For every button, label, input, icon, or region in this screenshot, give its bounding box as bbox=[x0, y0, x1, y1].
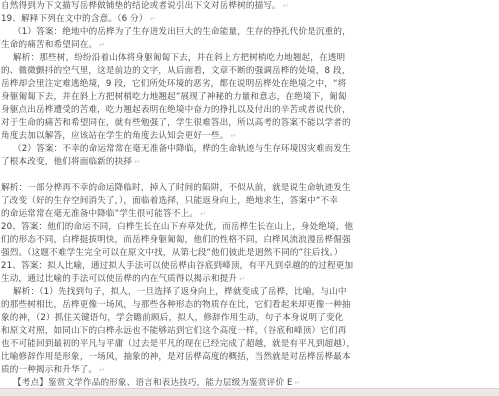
text-line: 的命运常常在毫无准备中降临”学生很可能答不上。↵ bbox=[1, 208, 206, 221]
text-line: 身躯匍匐下去，并在斜上方把树梢吃力地翘起”展现了神秘的力量和意志，在绝境下，匍匐 bbox=[1, 91, 347, 104]
question-19-heading: 19、解释下列在文中的含意。（6 分）↵ bbox=[1, 13, 156, 26]
answer-21: 21、答案：拟人比喻，通过拟人手法可以使岳桦由谷底到峰顶，有平凡到卓越的的过程更… bbox=[1, 260, 353, 273]
answer-19-1: （1）答案：绝地中的岳桦为了生存迸发出巨大的生命能量，生存的挣扎代价是沉重的， bbox=[13, 26, 351, 39]
paragraph-mark-icon: ↵ bbox=[99, 41, 105, 49]
answer-20: 20、答案：他们的命运不同，白桦生长在山下弃草处优，而岳桦生长在山上，身处绝境，… bbox=[1, 221, 353, 234]
paragraph-mark-icon: ↵ bbox=[134, 158, 140, 166]
text-line: 比喻修辞作用是形象，一场风，抽象的神，是对岳桦高度的概括，当然就是对岳桦岳桦最本 bbox=[1, 351, 351, 364]
paragraph-mark-icon: ↵ bbox=[230, 132, 236, 140]
analysis-19-2: 解析：一部分桦再不幸的命运降临时，掉入了时间的陷阱，不似从前，就是说生命轨迹发生 bbox=[1, 182, 351, 195]
analysis-21: 解析：（1）先找到句子，拟人，一旦选择了返身向上，桦就变成了岳桦，比喻，与山中 bbox=[13, 286, 347, 299]
text-line: 象的神，（2）抓住关键语句，学会瞻前顾后，拟人，修辞作用生动，句子本身说明了变化 bbox=[1, 312, 343, 325]
text-line: 生动，通过比喻的手法可以使岳桦的内在气质得以揭示和提升↵ bbox=[1, 273, 245, 286]
text-line: 和原文对照，如同山下的白桦永远也不能够站到它们这个高度一样，（谷底和峰顶）它们再 bbox=[1, 325, 346, 338]
text-line: 对于生命的痛苦和希望同在，就有些勉强了，学生很难答出，所以高考的答案不能以学者的 bbox=[1, 117, 351, 130]
text-line: 身躯点出岳桦遭受的苦难，吃力翘起表明在绝境中奋力的挣扎以及付出的辛苦或者说代价， bbox=[1, 104, 351, 117]
window-bottom-edge bbox=[0, 388, 499, 396]
text-line: 了根本改变，他们将面临新的抉择↵ bbox=[1, 156, 140, 169]
text-line: 自然得到为下文描写岳桦做铺垫的结论或者说引出下文对岳桦树的描写。↵ bbox=[1, 0, 289, 13]
paragraph-mark-icon: ↵ bbox=[239, 275, 245, 283]
text-line: 角度去加以解答，应该站在学生的角度去认知会更好一些。↵ bbox=[1, 130, 236, 143]
paragraph-mark-icon: ↵ bbox=[283, 2, 289, 10]
paragraph-mark-icon: ↵ bbox=[150, 15, 156, 23]
document-page: 自然得到为下文描写岳桦做铺垫的结论或者说引出下文对岳桦树的描写。↵ 19、解释下… bbox=[0, 0, 499, 388]
paragraph-mark-icon: ↵ bbox=[295, 379, 301, 387]
text-line: 也不可能回到最初的平凡与平庸（过去是平凡的现在已经完成了超越，就是有平凡到超越）… bbox=[1, 338, 355, 351]
text-line: 们的形态不同，白桦挺拔明快，而岳桦身躯匍匐，他们的性格不同，白桦风流浪漫岳桦倔强 bbox=[1, 234, 351, 247]
text-line: 岳桦却会里注定难逃绝境，9 段，它们所处环境的恶劣，都在说明岳桦处在绝境之中，“… bbox=[1, 78, 346, 91]
text-line: 质的一种揭示和升华了。↵ bbox=[1, 364, 105, 377]
text-line: 强烈。（这题不难学生完全可以在原文中找，从第七段“他们彼此是迥然不同的”往后找。… bbox=[1, 247, 343, 260]
text-line: 了改变（好的生存空间消失了，），面临着选择，只能返身向上，绝地求生，答案中“不幸 bbox=[1, 195, 338, 208]
answer-19-2: （2）答案：不幸的命运常常在毫无准备中降临，桦的生命轨迹与生存环境因灾难而发生 bbox=[13, 143, 351, 156]
analysis-19-1: 解析：那些树，纷纷沿着山体将身躯匍匐下去，并在斜上方把树梢吃力地翘起，在透明 bbox=[13, 52, 345, 65]
paragraph-mark-icon: ↵ bbox=[99, 366, 105, 374]
text-line: 生命的痛苦和希望同在。↵ bbox=[1, 39, 105, 52]
text-line: 的那些树相比，岳桦更像一场风，与那些各种形态的物质存在比，它们看起来却更像一种抽 bbox=[1, 299, 351, 312]
text-line: 的、微微颤抖的空气里，这是前边的文字，从后面看，文章不断的强调岳桦的处境，8 段… bbox=[1, 65, 351, 78]
paragraph-mark-icon: ↵ bbox=[200, 210, 206, 218]
